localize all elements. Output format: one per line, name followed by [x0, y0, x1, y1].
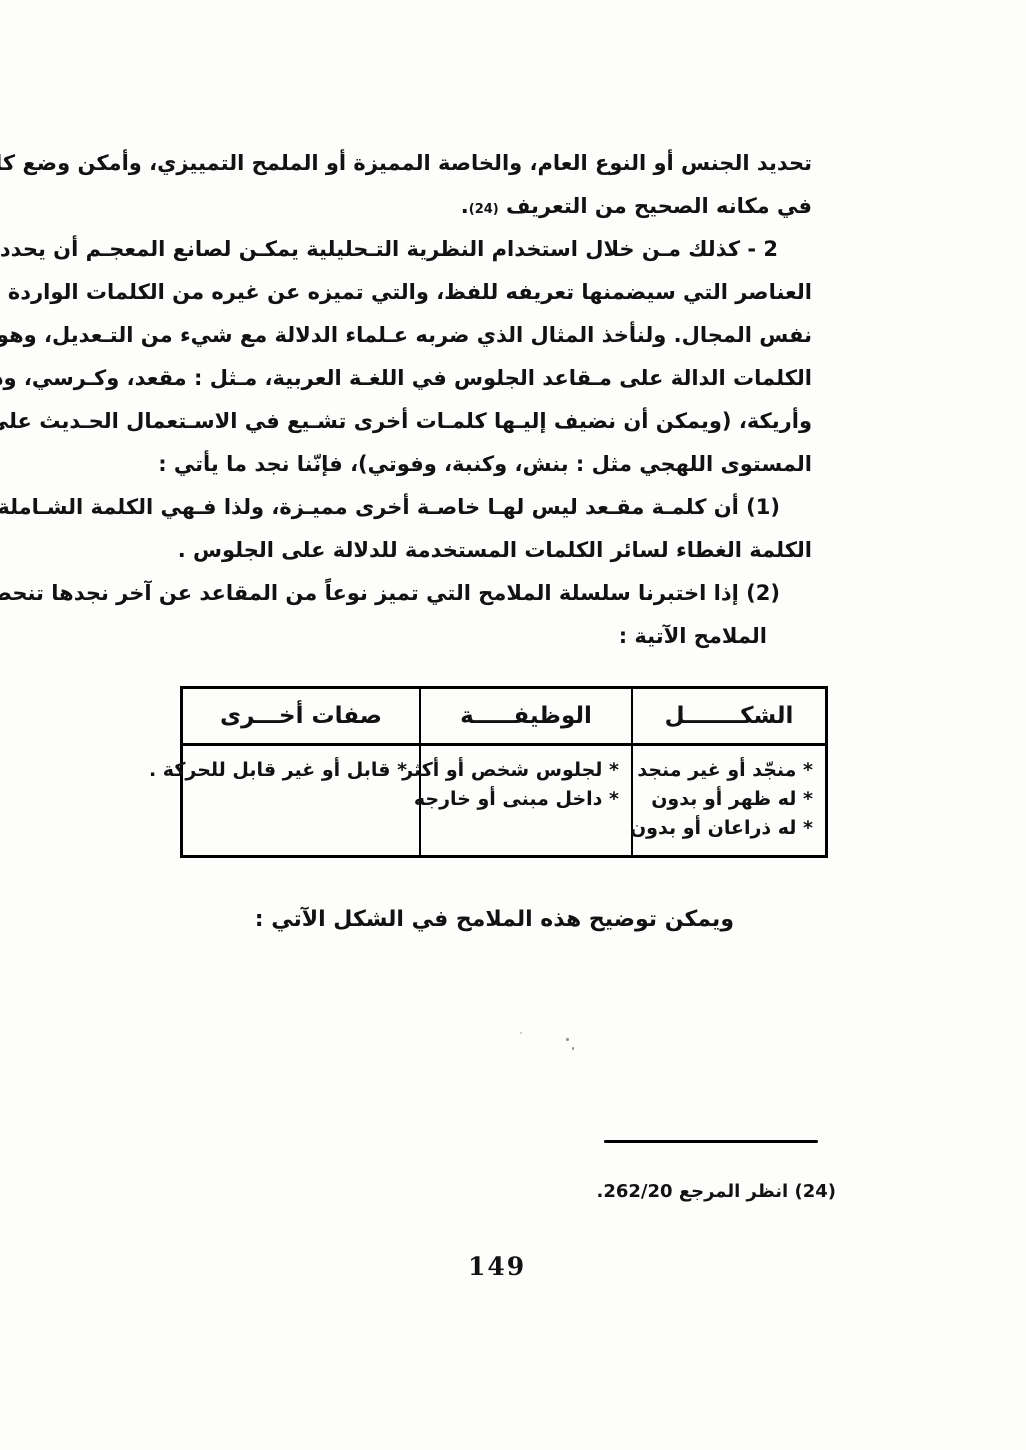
paragraph-line: في مكانه الصحيح من التعريف (24).	[461, 191, 812, 225]
paragraph-line: الكلمات الدالة على مـقاعد الجلوس في اللغ…	[0, 363, 812, 393]
paragraph-line: 2 - كذلك مـن خلال استخدام النظرية التـحل…	[0, 234, 778, 264]
footnote-divider	[604, 1140, 818, 1143]
table-cell-shape: * منجّد أو غير منجد * له ظهر أو بدون * ل…	[631, 746, 825, 855]
line-text: في مكانه الصحيح من التعريف	[499, 194, 812, 218]
page-number: 149	[468, 1252, 526, 1281]
table-cell-other: * قابل أو غير قابل للحركة .	[143, 746, 419, 855]
table-header-shape: الشكـــــــل	[631, 689, 825, 743]
scanned-book-page: تحديد الجنس أو النوع العام، والخاصة المم…	[0, 0, 1026, 1450]
table-header-function: الوظيفـــــة	[419, 689, 631, 743]
footnote-reference: (24)	[469, 202, 499, 217]
paragraph-line: المستوى اللهجي مثل : بنش، وكنبة، وفوتي)،…	[158, 449, 812, 479]
table-header-other: صفات أخـــرى	[183, 689, 419, 743]
footnote-text: (24) انظر المرجع 262/20.	[597, 1181, 837, 1202]
feature-item: * له ذراعان أو بدون	[639, 814, 813, 843]
scan-speck	[520, 1032, 522, 1034]
feature-item: * داخل مبنى أو خارجه	[427, 785, 619, 814]
numbered-item-line: (2) إذا اختبرنا سلسلة الملامح التي تميز …	[0, 578, 780, 608]
scan-speck	[572, 1047, 574, 1050]
numbered-item-line: (1) أن كلمـة مقـعد ليس لهـا خاصـة أخرى م…	[0, 492, 780, 522]
paragraph-line: الملامح الآتية :	[619, 621, 767, 651]
paragraph-line: العناصر التي سيضمنها تعريفه للفظ، والتي …	[0, 277, 812, 307]
paragraph-line: نفس المجال. ولنأخذ المثال الذي ضربه عـلم…	[0, 320, 812, 350]
scan-speck	[566, 1038, 569, 1041]
feature-item: * لجلوس شخص أو أكثر	[427, 756, 619, 785]
feature-item: * منجّد أو غير منجد	[639, 756, 813, 785]
feature-item: * له ظهر أو بدون	[639, 785, 813, 814]
figure-caption: ويمكن توضيح هذه الملامح في الشكل الآتي :	[255, 907, 734, 932]
line-period: .	[461, 194, 469, 218]
paragraph-line: وأريكة، (ويمكن أن نضيف إليـها كلمـات أخر…	[0, 406, 812, 436]
table-body-row: * منجّد أو غير منجد * له ظهر أو بدون * ل…	[183, 746, 825, 855]
paragraph-line: تحديد الجنس أو النوع العام، والخاصة المم…	[0, 148, 812, 178]
numbered-item-line: الكلمة الغطاء لسائر الكلمات المستخدمة لل…	[178, 535, 812, 565]
feature-item: * قابل أو غير قابل للحركة .	[149, 756, 407, 785]
table-cell-function: * لجلوس شخص أو أكثر * داخل مبنى أو خارجه	[419, 746, 631, 855]
features-table: الشكـــــــل الوظيفـــــة صفات أخـــرى *…	[180, 686, 828, 858]
table-header-row: الشكـــــــل الوظيفـــــة صفات أخـــرى	[183, 689, 825, 746]
